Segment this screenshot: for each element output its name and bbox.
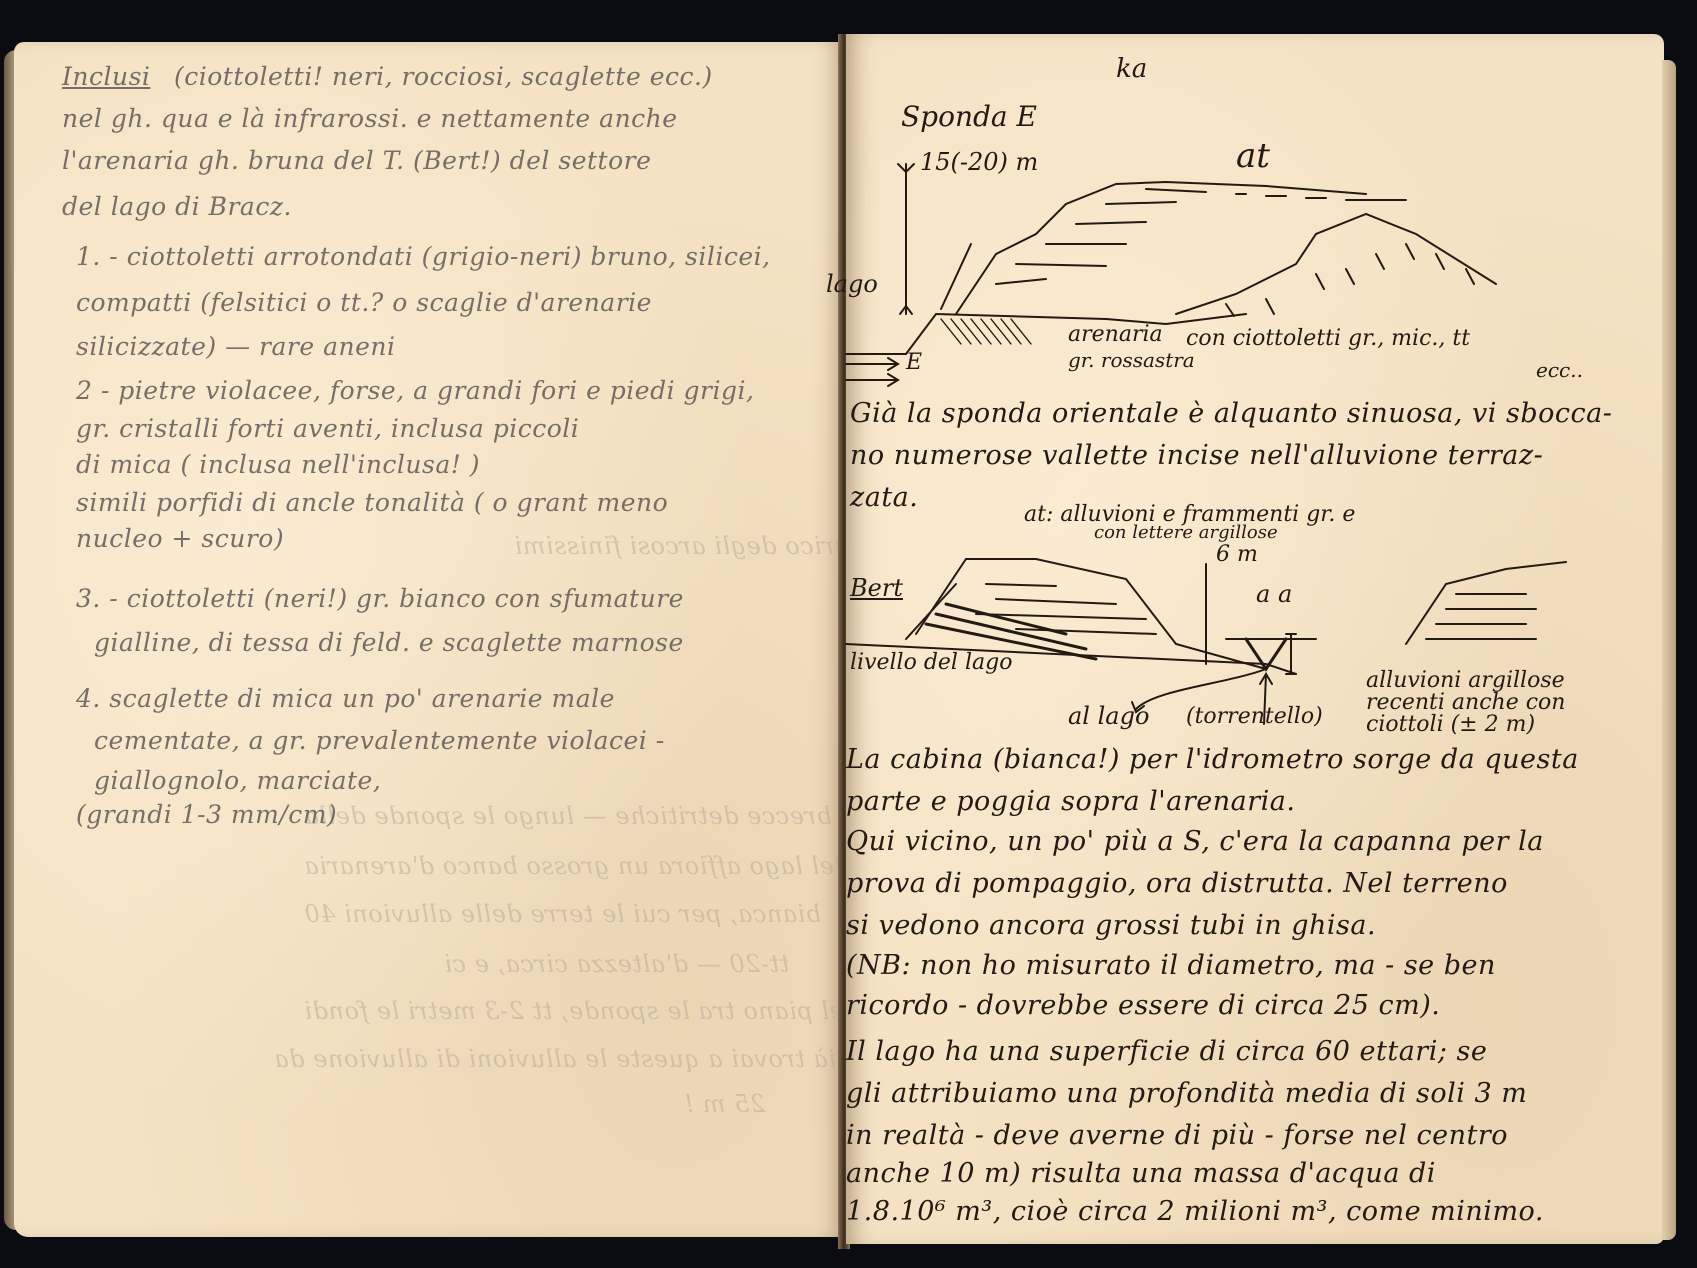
paragraph-line: parte e poggia sopra l'arenaria. [846, 786, 1295, 817]
note-line: nucleo + scuro) [76, 524, 284, 553]
paragraph-line: ricordo - dovrebbe essere di circa 25 cm… [846, 990, 1440, 1021]
note-line: gr. cristalli forti aventi, inclusa picc… [76, 414, 579, 443]
bleed-through-line: delle brecce detritiche — lungo le spond… [304, 802, 902, 830]
note-line: compatti (felsitici o tt.? o scaglie d'a… [76, 288, 652, 317]
note-line: simili porfidi di ancle tonalità ( o gra… [76, 488, 668, 517]
note-line: giallognolo, marciate, [94, 766, 381, 795]
note-line: gialline, di tessa di feld. e scaglette … [94, 628, 684, 657]
note-line: di mica ( inclusa nell'inclusa! ) [76, 450, 480, 479]
note-line: 1. - ciottoletti arrotondati (grigio-ner… [76, 242, 771, 271]
paragraph-line: zata. [850, 482, 918, 513]
sketch-label: at [1236, 136, 1270, 176]
left-page: mentre erano carico degli arcosi finissi… [14, 42, 844, 1237]
paragraph-line: 1.8.10⁶ m³, cioè circa 2 milioni m³, com… [846, 1196, 1544, 1227]
sketch-label: lago [826, 270, 878, 298]
bleed-through-line: tt-20 — d'altezza circa, e ci [444, 950, 789, 978]
bleed-through-line: Nel piano tra le sponde, tt 2-3 metri le… [304, 997, 865, 1025]
paragraph-line: in realtà - deve averne di più - forse n… [846, 1120, 1508, 1151]
bleed-through-line: già trovai a queste le alluvioni di allu… [274, 1045, 852, 1073]
note-line: nel gh. qua e là infrarossi. e nettament… [62, 104, 678, 133]
bleed-through-line: 25 m ! [684, 1090, 765, 1118]
paragraph-line: si vedono ancora grossi tubi in ghisa. [846, 910, 1376, 941]
paragraph-line: La cabina (bianca!) per l'idrometro sorg… [846, 744, 1579, 775]
note-line: 4. scaglette di mica un po' arenarie mal… [76, 684, 615, 713]
sketch-label: con lettere argillose [1094, 522, 1278, 543]
paragraph-line: prova di pompaggio, ora distrutta. Nel t… [846, 868, 1508, 899]
note-line: silicizzate) — rare aneni [76, 332, 396, 361]
paragraph-line: no numerose vallette incise nell'alluvio… [850, 440, 1543, 471]
sketch-label: E [906, 350, 922, 375]
note-line: 2 - pietre violacee, forse, a grandi for… [76, 376, 754, 405]
bleed-through-line: bianca, per cui le terre delle alluvioni… [304, 900, 821, 928]
page-stack-right-edge [1662, 60, 1676, 1240]
paragraph-line: Il lago ha una superficie di circa 60 et… [846, 1036, 1487, 1067]
sketch-label: 15(-20) m [920, 148, 1038, 176]
right-page: ka Sponda E 15(-20) m at lago E arenaria… [846, 34, 1664, 1244]
sketch-label: Sponda E [901, 100, 1037, 133]
note-line: del lago di Bracz. [62, 192, 292, 221]
note-line: cementate, a gr. prevalentemente violace… [94, 726, 665, 755]
note-line: (ciottoletti! neri, rocciosi, scaglette … [174, 62, 713, 91]
bleed-through-line: e del lago affiora un grosso banco d'are… [304, 852, 873, 880]
note-line: l'arenaria gh. bruna del T. (Bert!) del … [62, 146, 651, 175]
paragraph-line: (NB: non ho misurato il diametro, ma - s… [846, 950, 1496, 981]
sketch-label: a a [1256, 580, 1292, 608]
paragraph-line: gli attribuiamo una profondità media di … [846, 1078, 1527, 1109]
sketch-label: gr. rossastra [1068, 348, 1195, 372]
note-line: (grandi 1-3 mm/cm) [76, 800, 337, 829]
sketch-label: arenaria [1068, 322, 1163, 347]
sketch-label: con ciottoletti gr., mic., tt [1186, 326, 1470, 351]
sketch-label: livello del lago [850, 650, 1012, 675]
sketch-label: (torrentello) [1186, 704, 1323, 729]
sketch-label: ciottoli (± 2 m) [1366, 712, 1535, 737]
sketch-label: al lago [1068, 702, 1149, 730]
note-line: 3. - ciottoletti (neri!) gr. bianco con … [76, 584, 684, 613]
sketch-label: Bert [850, 574, 903, 602]
paragraph-line: Già la sponda orientale è alquanto sinuo… [850, 398, 1612, 429]
paragraph-line: Qui vicino, un po' più a S, c'era la cap… [846, 826, 1544, 857]
top-mark: ka [1116, 54, 1147, 84]
sketch-label: ecc.. [1536, 358, 1583, 382]
paragraph-line: anche 10 m) risulta una massa d'acqua di [846, 1158, 1436, 1189]
sketch-label: 6 m [1216, 542, 1258, 567]
